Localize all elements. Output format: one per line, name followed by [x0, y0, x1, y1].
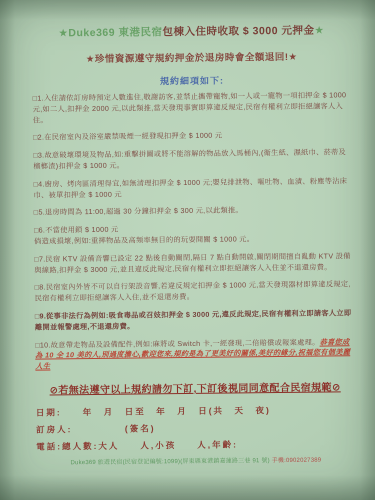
footer-phone: 手機:0902027389 — [272, 458, 322, 465]
rules-heading: 規約細項如下: — [32, 72, 351, 88]
rule-8: □8.民宿室內外皆不可以自行架設音響,若違反規定扣押金 $ 1000 元,當天發… — [35, 280, 354, 305]
deposit-refund-subtitle: ★珍惜資源遵守規約押金於退房時會全額退回!★ — [32, 48, 351, 65]
rule-5: □5.退房時間為 11:00,超過 30 分鐘扣押金 $ 300 元,以此類推。 — [34, 205, 353, 219]
guesthouse-rules-document: ★Duke369 東港民宿包棟入住時收取 $ 3000 元押金★ ★珍惜資源遵守… — [0, 0, 375, 500]
title-star-icon: ★ — [314, 25, 324, 37]
title-hotel-name: ★Duke369 東港民宿 — [58, 26, 162, 39]
rule-2: □2.在民宿室內及浴室嚴禁吸煙一經發現扣押金 $ 1000 元 — [33, 130, 352, 144]
rule-6: □6.不當使用鎖 $ 1000 元 倘造成損壞,例如:重摔物品及高頻率無目的的玩… — [34, 222, 353, 247]
rule-10-text: □10.故意帶走物品及設備配件,例如:麻將或 Switch 卡,一經發現,二倍賠… — [35, 337, 319, 349]
document-title: ★Duke369 東港民宿包棟入住時收取 $ 3000 元押金★ — [32, 22, 351, 40]
title-deposit-statement: 包棟入住時收取 $ 3000 元押金 — [162, 25, 314, 39]
form-date-line: 日期: 年 月 日至 年 月 日(共 天 夜) — [36, 403, 355, 418]
rule-4: □4.廚房、烤肉區清理得宜,如無清理扣押金 $ 1000 元;嬰兒排泄物、嘔吐物… — [33, 176, 352, 201]
rule-10: □10.故意帶走物品及設備配件,例如:麻將或 Switch 卡,一經發現,二倍賠… — [35, 337, 354, 373]
rule-9: □9.從事非法行為例如:吸食毒品或召妓扣押金 $ 3000 元,違反此規定,民宿… — [35, 308, 354, 333]
rule-3: □3.故意破壞環境及物品,如:重擊拼圖或將不能溶解的物品放入馬桶內,(衛生紙、濕… — [33, 147, 352, 172]
rule-1: □1.入住請依訂房時預定人數進住,敬謝訪客,並禁止攜帶寵物,如一人或一寵物一項扣… — [33, 90, 352, 126]
form-contact-line: 電話:總人數:大人 人,小孩 人,年齡: — [36, 437, 355, 452]
no-booking-warning: ⊘若無法遵守以上規約請勿下訂,下訂後視同同意配合民宿規範⊘ — [36, 378, 355, 396]
footer-contact-info: Duke369 旅遊民宿(民宿登記編號:1099)(屏東縣東港鎮嘉蓮路三巷 91… — [36, 454, 355, 466]
form-booker-line: 訂房人: (簽名) — [36, 420, 355, 435]
document-content: ★Duke369 東港民宿包棟入住時收取 $ 3000 元押金★ ★珍惜資源遵守… — [0, 0, 375, 467]
rule-7: □7.民宿 KTV 設備音響已設定 22 點後自動關閉,隔日 7 點自動開啟,關… — [34, 251, 353, 276]
footer-address: Duke369 旅遊民宿(民宿登記編號:1099)(屏東縣東港鎮嘉蓮路三巷 91… — [70, 458, 271, 466]
